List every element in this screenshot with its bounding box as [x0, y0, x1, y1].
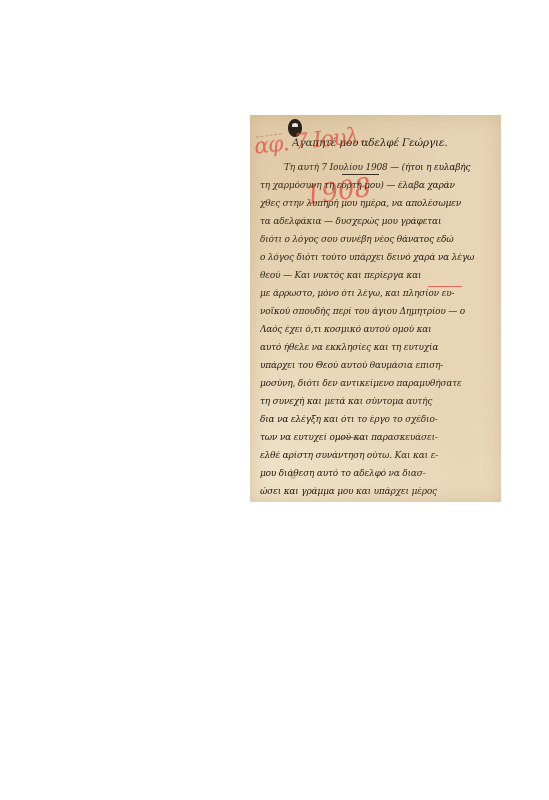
letter-line: διότι ο λόγος σου συνέβη νέος θάνατος εδ…	[260, 235, 496, 245]
pen-flourish	[335, 437, 365, 444]
letter-line: ο λόγος διότι τούτο υπάρχει δεινό χαρά ν…	[260, 253, 496, 263]
red-underline-mark	[428, 286, 462, 287]
letter-line: ελθέ αρίστη συνάντηση ούτω. Και και ε-	[260, 451, 496, 461]
letter-line: με άρρωστο, μόνο ότι λέγω, και πλησίον ε…	[260, 289, 496, 299]
letter-line: μοσύνη, διότι δεν αντικείμενο παραμυθήσα…	[260, 379, 496, 389]
letter-line: Τη αυτή 7 Ιουλίου 1908 — (ήτοι η ευλαβής	[284, 163, 496, 173]
letter-page: αφ. 7 Ιουλ. 1908 Αγαπητέ μου αδελφέ Γεώρ…	[250, 115, 501, 502]
letter-line: χθες στην λυπηρή μου ημέρα, να απολέσωμε…	[260, 199, 496, 209]
letter-line: των να ευτυχεί ομού και παρασκευάσει-	[260, 433, 496, 443]
letter-line: δια να ελέγξη και ότι το έργο το σχέδιο-	[260, 415, 496, 425]
letter-line: τα αδελφάκια — δυσχερώς μου γράφεται	[260, 217, 496, 227]
letter-line: τη χαρμόσυνη τη εορτή μου) — έλαβα χαράν	[260, 181, 496, 191]
letter-salutation: Αγαπητέ μου αδελφέ Γεώργιε.	[292, 137, 501, 149]
letter-line: Λαός έχει ό,τι κοσμικό αυτού ομού και	[260, 325, 496, 335]
letter-line: νοϊκού σπουδής περί του άγιου Δημητρίου …	[260, 307, 496, 317]
letter-line: υπάρχει του Θεού αυτού θαυμάσια επιση-	[260, 361, 496, 371]
date-underline	[342, 174, 379, 175]
paper-stain	[290, 473, 296, 479]
letter-line: αυτό ήθελε να εκκλησίες και τη ευτυχία	[260, 343, 496, 353]
letter-line: ώσει και γράμμα μου και υπάρχει μέρος	[260, 487, 496, 497]
letter-line: τη συνεχή και μετά και σύντομα αυτής	[260, 397, 496, 407]
letter-line: θεού — Και νυκτός και περίεργα και	[260, 271, 496, 281]
